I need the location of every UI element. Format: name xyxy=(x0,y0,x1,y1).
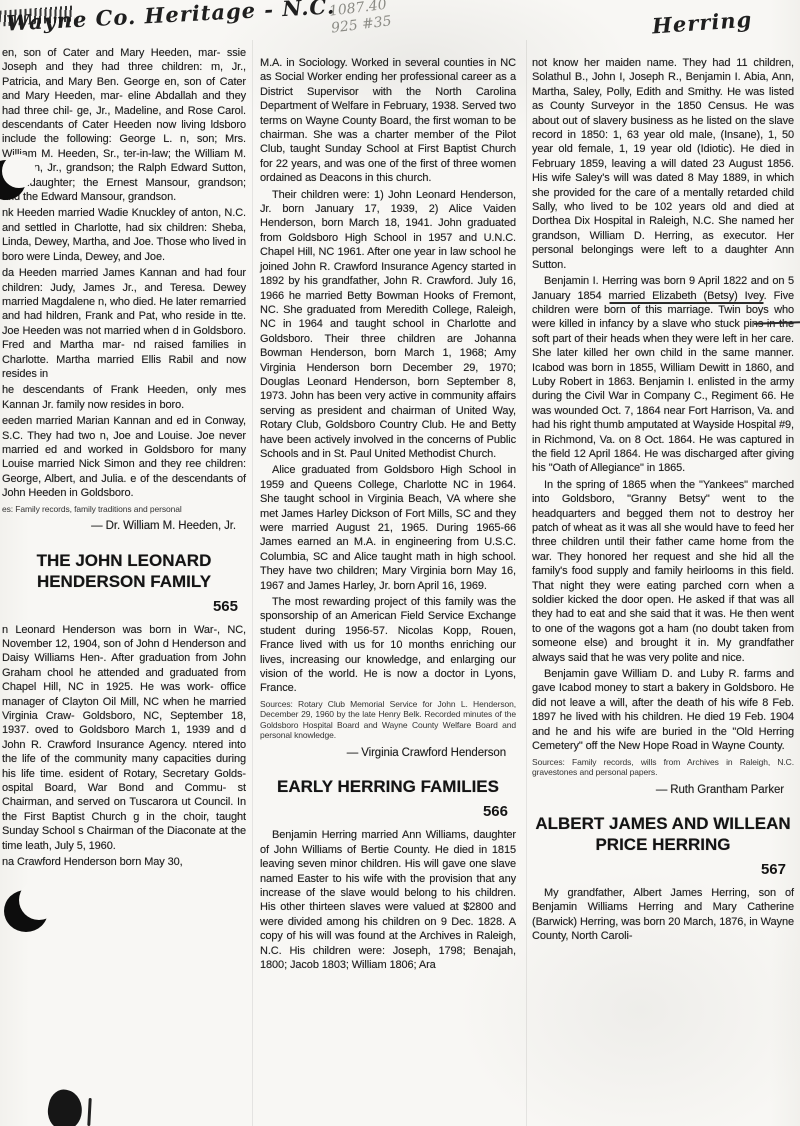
scanned-genealogy-page: Wayne Co. Heritage - N.C. 1087.40 925 #3… xyxy=(0,0,800,1126)
section-heading-block: THE JOHN LEONARD HENDERSON FAMILY565 xyxy=(2,550,246,619)
section-heading: EARLY HERRING FAMILIES xyxy=(260,776,516,797)
sources-note: es: Family records, family traditions an… xyxy=(2,504,246,515)
paragraph: he descendants of Frank Heeden, only mes… xyxy=(2,383,246,412)
handwritten-surname: Herring xyxy=(651,7,753,39)
column-left: en, son of Cater and Mary Heeden, mar- s… xyxy=(0,44,252,1126)
paragraph: n Leonard Henderson was born in War-, NC… xyxy=(2,623,246,854)
section-heading-block: EARLY HERRING FAMILIES566 xyxy=(260,776,516,824)
section-heading: THE JOHN LEONARD HENDERSON FAMILY xyxy=(2,550,246,592)
paragraph: In the spring of 1865 when the "Yankees"… xyxy=(532,478,794,665)
paragraph: da Heeden married James Kannan and had f… xyxy=(2,266,246,381)
paragraph: Benjamin gave William D. and Luby R. far… xyxy=(532,667,794,753)
paragraph: nk Heeden married Wadie Knuckley of anto… xyxy=(2,206,246,264)
paragraph: na Crawford Henderson born May 30, xyxy=(2,855,246,869)
ink-blob xyxy=(4,890,48,932)
paragraph: en, son of Cater and Mary Heeden, mar- s… xyxy=(2,46,246,204)
section-number: 565 xyxy=(2,592,246,619)
paragraph: M.A. in Sociology. Worked in several cou… xyxy=(260,56,516,186)
column-middle: M.A. in Sociology. Worked in several cou… xyxy=(252,44,524,1126)
paragraph: My grandfather, Albert James Herring, so… xyxy=(532,886,794,944)
section-heading-block: ALBERT JAMES AND WILLEAN PRICE HERRING56… xyxy=(532,813,794,882)
paragraph: not know her maiden name. They had 11 ch… xyxy=(532,56,794,272)
hand-underline: married Elizabeth (Betsy) Ivey xyxy=(609,290,764,302)
section-number: 567 xyxy=(532,855,794,882)
sources-note: Sources: Family records, wills from Arch… xyxy=(532,757,794,778)
author-byline: — Dr. William M. Heeden, Jr. xyxy=(2,519,246,533)
text-columns: en, son of Cater and Mary Heeden, mar- s… xyxy=(0,44,800,1126)
paragraph: Alice graduated from Goldsboro High Scho… xyxy=(260,463,516,593)
paragraph: Benjamin Herring married Ann Williams, d… xyxy=(260,828,516,972)
column-right: not know her maiden name. They had 11 ch… xyxy=(524,44,800,1126)
paragraph: Benjamin I. Herring was born 9 April 182… xyxy=(532,274,794,476)
handwritten-catalog-numbers: 1087.40 925 #35 xyxy=(328,0,392,38)
section-number: 566 xyxy=(260,797,516,824)
author-byline: — Ruth Grantham Parker xyxy=(532,783,794,797)
paragraph: eeden married Marian Kannan and ed in Co… xyxy=(2,414,246,500)
section-heading: ALBERT JAMES AND WILLEAN PRICE HERRING xyxy=(532,813,794,855)
sources-note: Sources: Rotary Club Memorial Service fo… xyxy=(260,699,516,741)
paragraph: The most rewarding project of this famil… xyxy=(260,595,516,696)
author-byline: — Virginia Crawford Henderson xyxy=(260,746,516,760)
paragraph: Their children were: 1) John Leonard Hen… xyxy=(260,188,516,462)
